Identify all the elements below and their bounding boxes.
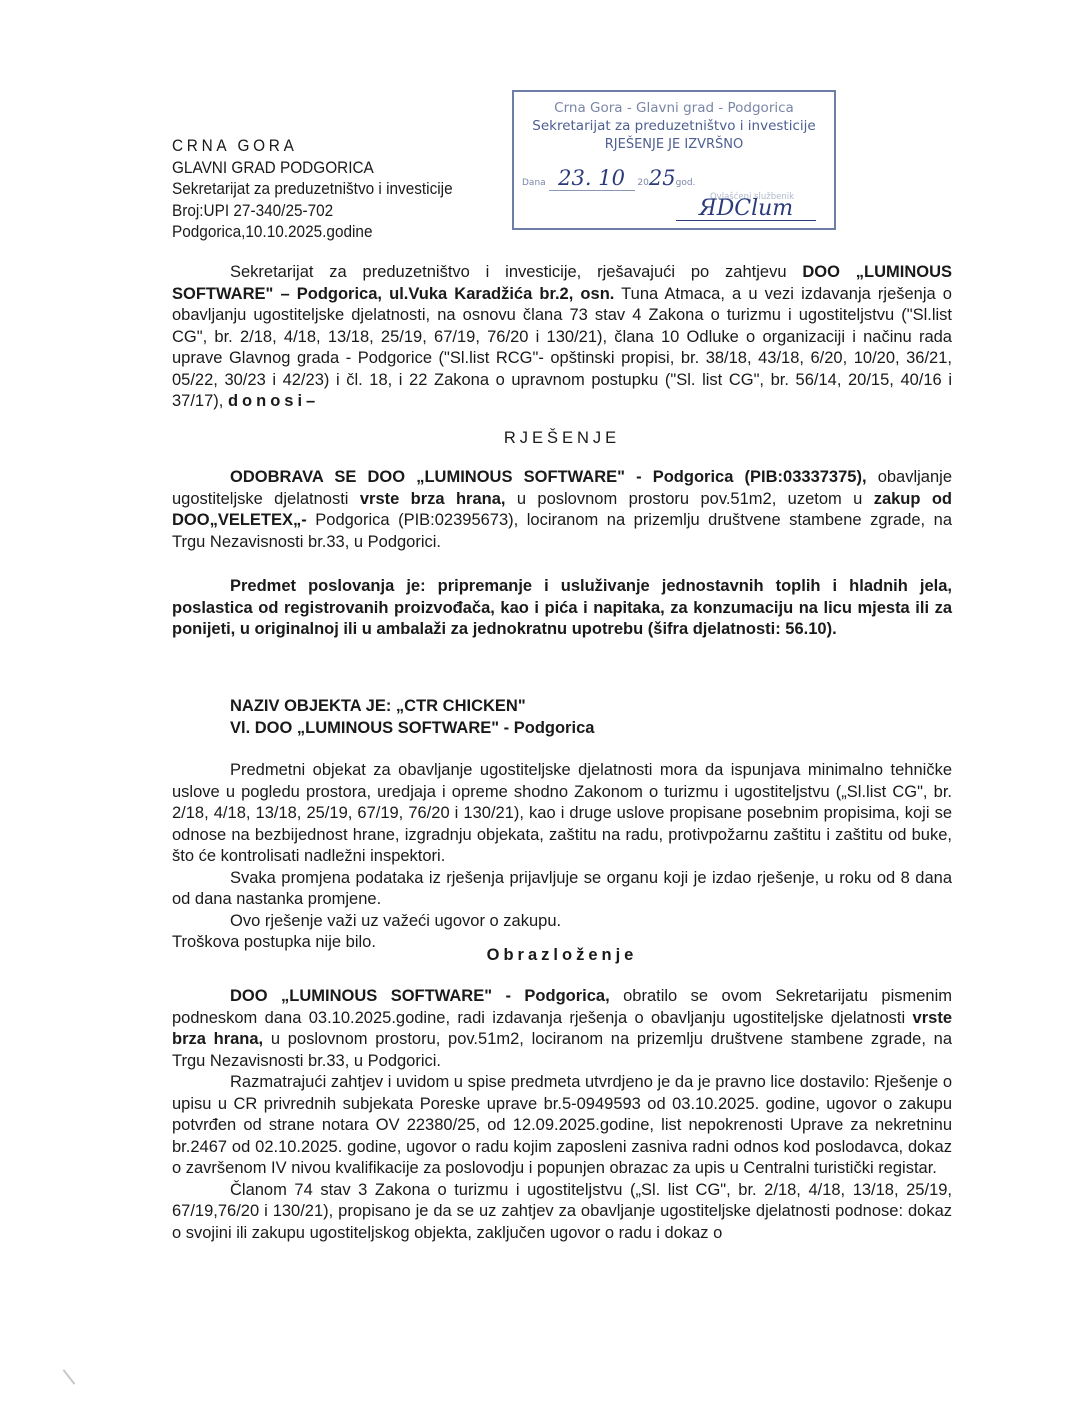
header-place-date: Podgorica,10.10.2025.godine [172, 222, 453, 244]
reasoning-title: Obrazloženje [172, 945, 952, 967]
stamp-date-line: Dana 23. 10 2025god. [522, 166, 822, 191]
article-74-text: Članom 74 stav 3 Zakona o turizmu i ugos… [172, 1180, 952, 1245]
business-subject: Predmet poslovanja je: pripremanje i usl… [172, 577, 952, 638]
change-notice-text: Svaka promjena podataka iz rješenja prij… [172, 868, 952, 911]
intro-paragraph: Sekretarijat za preduzetništvo i investi… [172, 262, 952, 413]
business-subject-paragraph: Predmet poslovanja je: pripremanje i usl… [172, 576, 952, 641]
scan-mark [63, 1369, 76, 1384]
reasoning-text-2: u poslovnom prostoru, pov.51m2, locirano… [172, 1030, 952, 1070]
stamp-year-prefix: 20 [637, 178, 648, 188]
reasoning-applicant: DOO „LUMINOUS SOFTWARE" - Podgorica, [230, 987, 610, 1005]
object-block: NAZIV OBJEKTA JE: „CTR CHICKEN" Vl. DOO … [172, 696, 952, 739]
stamp-year-suffix: god. [676, 178, 696, 188]
header-secretariat: Sekretarijat za preduzetništvo i investi… [172, 179, 453, 201]
header-number: Broj:UPI 27-340/25-702 [172, 201, 453, 223]
header-country: CRNA GORA [172, 136, 453, 158]
execution-stamp: Crna Gora - Glavni grad - Podgorica Sekr… [512, 90, 836, 230]
validity-text: Ovo rješenje važi uz važeći ugovor o zak… [172, 911, 952, 933]
conditions-paragraph: Predmetni objekat za obavljanje ugostite… [172, 760, 952, 954]
object-owner: Vl. DOO „LUMINOUS SOFTWARE" - Podgorica [230, 719, 594, 737]
reasoning-paragraph: DOO „LUMINOUS SOFTWARE" - Podgorica, obr… [172, 986, 952, 1244]
stamp-date-handwritten: 23. 10 [558, 166, 625, 190]
review-text: Razmatrajući zahtjev i uvidom u spise pr… [172, 1072, 952, 1180]
document-header: CRNA GORA GLAVNI GRAD PODGORICA Sekretar… [172, 136, 453, 244]
intro-text-1: Sekretarijat za preduzetništvo i investi… [230, 263, 802, 281]
decision-paragraph: ODOBRAVA SE DOO „LUMINOUS SOFTWARE" - Po… [172, 467, 952, 553]
decision-title: RJEŠENJE [172, 428, 952, 450]
conditions-text: Predmetni objekat za obavljanje ugostite… [172, 760, 952, 868]
stamp-line-1: Crna Gora - Glavni grad - Podgorica [514, 100, 834, 116]
stamp-line-2: Sekretarijat za preduzetništvo i investi… [514, 118, 834, 134]
decision-text-2: u poslovnom prostoru pov.51m2, uzetom u [505, 490, 873, 508]
decision-type: vrste brza hrana, [360, 490, 506, 508]
decision-approval: ODOBRAVA SE DOO „LUMINOUS SOFTWARE" - Po… [230, 468, 867, 486]
stamp-signature: ЯDClum [676, 198, 816, 221]
stamp-date-label: Dana [522, 178, 546, 188]
object-name: NAZIV OBJEKTA JE: „CTR CHICKEN" [230, 697, 526, 715]
header-city: GLAVNI GRAD PODGORICA [172, 158, 453, 180]
stamp-line-3: RJEŠENJE JE IZVRŠNO [514, 137, 834, 152]
document-page: CRNA GORA GLAVNI GRAD PODGORICA Sekretar… [0, 0, 1088, 1408]
intro-donosi: donosi– [228, 392, 319, 410]
stamp-year-handwritten: 25 [649, 166, 676, 190]
